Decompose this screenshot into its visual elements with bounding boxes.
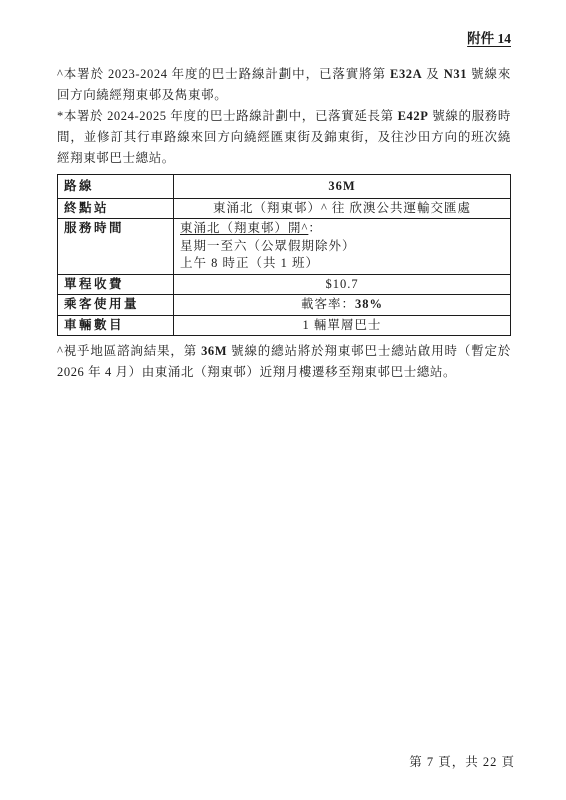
- page-content: 附件 14 ^本署於 2023-2024 年度的巴士路線計劃中，已落實將第 E3…: [57, 0, 511, 395]
- intro-notes: ^本署於 2023-2024 年度的巴士路線計劃中，已落實將第 E32A 及 N…: [57, 64, 511, 169]
- patronage-prefix: 載客率：: [301, 297, 355, 311]
- table-row-fare: 單程收費 $10.7: [58, 274, 511, 295]
- note2-text: *本署於 2024-2025 年度的巴士路線計劃中，已落實延長第: [57, 109, 398, 123]
- document-page: 附件 14 ^本署於 2023-2024 年度的巴士路線計劃中，已落實將第 E3…: [0, 0, 566, 800]
- table-footnote: ^視乎地區諮詢結果，第 36M 號線的總站將於翔東邨巴士總站啟用時（暫定於 20…: [57, 341, 511, 382]
- patronage-value: 載客率：38%: [174, 295, 511, 316]
- service-hours-line1: 東涌北（翔東邨）開^：: [180, 220, 504, 238]
- note-paragraph-2: *本署於 2024-2025 年度的巴士路線計劃中，已落實延長第 E42P 號線…: [57, 106, 511, 169]
- page-number: 第 7 頁，共 22 頁: [409, 752, 515, 770]
- table-row-terminus: 終點站 東涌北（翔東邨）^ 往 欣澳公共運輸交匯處: [58, 198, 511, 219]
- footnote-text: ^視乎地區諮詢結果，第: [57, 344, 201, 358]
- service-hours-line2: 星期一至六（公眾假期除外）: [180, 238, 504, 256]
- note-paragraph-1: ^本署於 2023-2024 年度的巴士路線計劃中，已落實將第 E32A 及 N…: [57, 64, 511, 106]
- vehicles-value: 1 輛單層巴士: [174, 315, 511, 336]
- route-number-e32a: E32A: [390, 67, 422, 81]
- row-label-fare: 單程收費: [58, 274, 174, 295]
- patronage-percentage: 38%: [355, 297, 383, 311]
- table-row-patronage: 乘客使用量 載客率：38%: [58, 295, 511, 316]
- fare-value: $10.7: [174, 274, 511, 295]
- table-row-route: 路線 36M: [58, 175, 511, 199]
- route-number-e42p: E42P: [398, 109, 429, 123]
- table-row-service-hours: 服務時間 東涌北（翔東邨）開^： 星期一至六（公眾假期除外） 上午 8 時正（共…: [58, 219, 511, 275]
- note1-text: ^本署於 2023-2024 年度的巴士路線計劃中，已落實將第: [57, 67, 390, 81]
- route-number-36m: 36M: [201, 344, 227, 358]
- note1-text: 及: [422, 67, 443, 81]
- departure-point-colon: ：: [308, 221, 322, 235]
- row-label-terminus: 終點站: [58, 198, 174, 219]
- row-label-patronage: 乘客使用量: [58, 295, 174, 316]
- service-hours-value: 東涌北（翔東邨）開^： 星期一至六（公眾假期除外） 上午 8 時正（共 1 班）: [174, 219, 511, 275]
- route-number-n31: N31: [444, 67, 467, 81]
- row-label-vehicles: 車輛數目: [58, 315, 174, 336]
- terminus-value: 東涌北（翔東邨）^ 往 欣澳公共運輸交匯處: [174, 198, 511, 219]
- annex-label: 附件 14: [57, 27, 511, 47]
- table-row-vehicles: 車輛數目 1 輛單層巴士: [58, 315, 511, 336]
- row-label-service-hours: 服務時間: [58, 219, 174, 275]
- row-label-route: 路線: [58, 175, 174, 199]
- route-number-value: 36M: [174, 175, 511, 199]
- departure-point-underlined: 東涌北（翔東邨）開^: [180, 221, 308, 235]
- route-info-table: 路線 36M 終點站 東涌北（翔東邨）^ 往 欣澳公共運輸交匯處 服務時間 東涌…: [57, 174, 511, 336]
- annex-label-text: 附件 14: [467, 31, 511, 46]
- service-hours-line3: 上午 8 時正（共 1 班）: [180, 255, 504, 273]
